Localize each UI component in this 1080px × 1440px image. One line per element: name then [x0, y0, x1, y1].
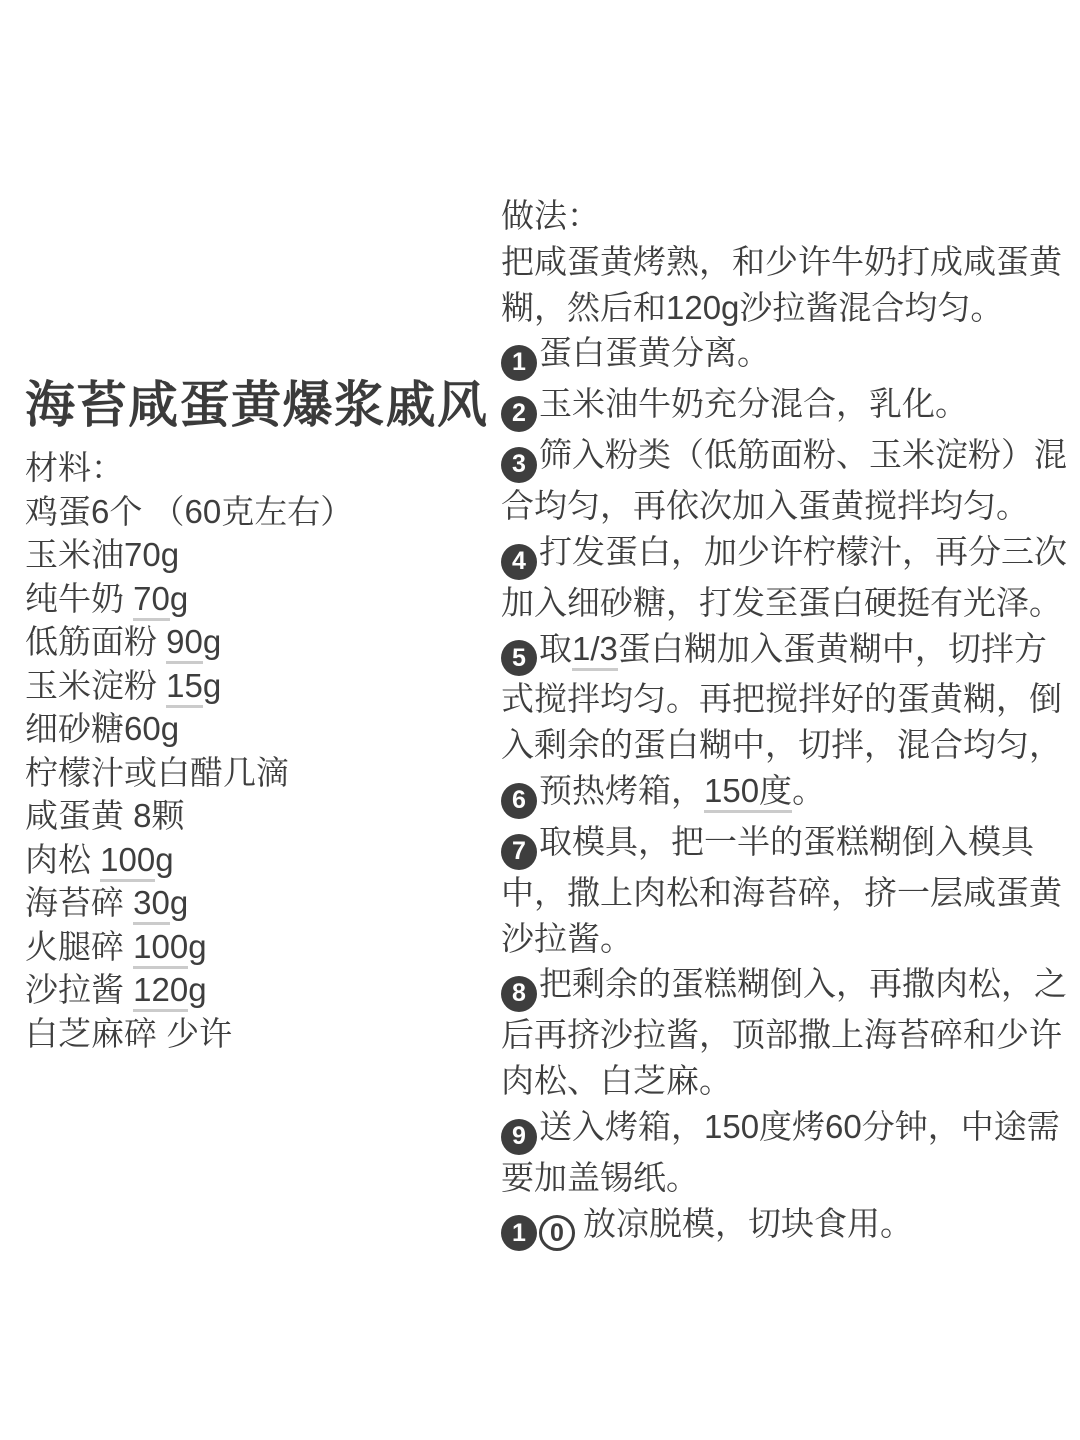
step-number-filled-icon: 7: [501, 834, 537, 870]
text-segment: g: [203, 623, 221, 660]
text-segment: 100: [133, 928, 188, 969]
step-number-filled-icon: 4: [501, 544, 537, 580]
text-line: 糊，然后和120g沙拉酱混合均匀。: [501, 285, 1079, 331]
step-number-filled-icon: 8: [501, 976, 537, 1012]
text-line: 合均匀，再依次加入蛋黄搅拌均匀。: [501, 483, 1079, 529]
text-segment: 1/3: [572, 630, 618, 671]
text-segment: g: [170, 580, 188, 617]
step-number-filled-icon: 3: [501, 447, 537, 483]
recipe-note-page: 海苔咸蛋黄爆浆戚风 材料： 鸡蛋6个 （60克左右）玉米油70g纯牛奶 70g低…: [0, 0, 1080, 1440]
text-line: 后再挤沙拉酱，顶部撒上海苔碎和少许: [501, 1012, 1079, 1058]
text-segment: 筛入粉类（低筋面粉、玉米淀粉）混: [539, 436, 1067, 473]
text-segment: 纯牛奶: [25, 580, 133, 617]
text-line: 9送入烤箱，150度烤60分钟，中途需: [501, 1104, 1079, 1155]
text-line: 沙拉酱 120g: [25, 968, 500, 1012]
step-number-filled-icon: 1: [501, 1215, 537, 1251]
text-segment: 90: [166, 623, 203, 664]
text-segment: 肉松、白芝麻。: [501, 1062, 732, 1099]
text-segment: 加入细砂糖，打发至蛋白硬挺有光泽。: [501, 584, 1062, 621]
text-segment: 30: [133, 884, 170, 925]
text-segment: 咸蛋黄 8颗: [25, 797, 185, 834]
text-segment: 放凉脱模，切块食用。: [583, 1205, 913, 1242]
text-segment: 柠檬汁或白醋几滴: [25, 754, 289, 791]
text-line: 咸蛋黄 8颗: [25, 794, 500, 838]
text-line: 肉松、白芝麻。: [501, 1058, 1079, 1104]
text-line: 玉米淀粉 15g: [25, 664, 500, 708]
ingredients-column: 海苔咸蛋黄爆浆戚风 材料： 鸡蛋6个 （60克左右）玉米油70g纯牛奶 70g低…: [25, 368, 500, 1055]
text-line: 加入细砂糖，打发至蛋白硬挺有光泽。: [501, 580, 1079, 626]
text-segment: 海苔碎: [25, 884, 133, 921]
text-segment: 把咸蛋黄烤熟，和少许牛奶打成咸蛋黄: [501, 243, 1062, 280]
ingredients-list: 鸡蛋6个 （60克左右）玉米油70g纯牛奶 70g低筋面粉 90g玉米淀粉 15…: [25, 490, 500, 1056]
text-line: 式搅拌均匀。再把搅拌好的蛋黄糊，倒: [501, 676, 1079, 722]
text-line: 6预热烤箱，150度。: [501, 768, 1079, 819]
text-line: 把咸蛋黄烤熟，和少许牛奶打成咸蛋黄: [501, 239, 1079, 285]
text-segment: 糊，然后和120g沙拉酱混合均匀。: [501, 289, 1003, 326]
text-segment: g: [155, 841, 173, 878]
step-number-outline-icon: 0: [539, 1215, 575, 1251]
text-segment: 取: [539, 630, 572, 667]
ingredients-block: 材料： 鸡蛋6个 （60克左右）玉米油70g纯牛奶 70g低筋面粉 90g玉米淀…: [25, 446, 500, 1055]
text-segment: 沙拉酱: [25, 971, 133, 1008]
text-line: 中，撒上肉松和海苔碎，挤一层咸蛋黄: [501, 870, 1079, 916]
ingredients-header: 材料：: [25, 446, 500, 490]
step-number-filled-icon: 9: [501, 1119, 537, 1155]
text-line: 沙拉酱。: [501, 916, 1079, 962]
text-segment: 取模具，把一半的蛋糕糊倒入模具: [539, 823, 1034, 860]
text-segment: 把剩余的蛋糕糊倒入，再撒肉松，之: [539, 965, 1067, 1002]
step-number-filled-icon: 6: [501, 783, 537, 819]
text-line: 柠檬汁或白醋几滴: [25, 751, 500, 795]
text-segment: 沙拉酱。: [501, 920, 633, 957]
text-segment: 后再挤沙拉酱，顶部撒上海苔碎和少许: [501, 1016, 1062, 1053]
text-segment: 预热烤箱，: [539, 772, 704, 809]
text-line: 白芝麻碎 少许: [25, 1012, 500, 1056]
step-number-filled-icon: 5: [501, 640, 537, 676]
text-segment: 15: [166, 667, 203, 708]
text-line: 火腿碎 100g: [25, 925, 500, 969]
text-segment: g: [188, 971, 206, 1008]
text-segment: 入剩余的蛋白糊中，切拌，混合均匀，: [501, 726, 1062, 763]
text-segment: 白芝麻碎 少许: [25, 1015, 232, 1052]
text-segment: 玉米淀粉: [25, 667, 166, 704]
text-segment: 送入烤箱，150度烤60分钟，中途需: [539, 1108, 1060, 1145]
text-segment: g: [203, 667, 221, 704]
text-segment: 蛋白蛋黄分离。: [539, 334, 770, 371]
text-line: 鸡蛋6个 （60克左右）: [25, 490, 500, 534]
text-segment: 鸡蛋6个 （60克左右）: [25, 493, 353, 530]
text-segment: 。: [792, 772, 825, 809]
text-segment: 玉米油70g: [25, 536, 179, 573]
text-line: 入剩余的蛋白糊中，切拌，混合均匀，: [501, 722, 1079, 768]
steps-header: 做法：: [501, 193, 1079, 239]
text-line: 海苔碎 30g: [25, 881, 500, 925]
text-segment: 70: [133, 580, 170, 621]
text-line: 要加盖锡纸。: [501, 1155, 1079, 1201]
text-segment: 100: [100, 841, 155, 882]
text-line: 5取1/3蛋白糊加入蛋黄糊中，切拌方: [501, 626, 1079, 677]
step-number-filled-icon: 2: [501, 396, 537, 432]
steps-column: 做法： 把咸蛋黄烤熟，和少许牛奶打成咸蛋黄糊，然后和120g沙拉酱混合均匀。1蛋…: [501, 193, 1079, 1251]
text-line: 2玉米油牛奶充分混合，乳化。: [501, 381, 1079, 432]
text-line: 3筛入粉类（低筋面粉、玉米淀粉）混: [501, 432, 1079, 483]
text-line: 细砂糖60g: [25, 707, 500, 751]
text-line: 7取模具，把一半的蛋糕糊倒入模具: [501, 819, 1079, 870]
text-segment: 低筋面粉: [25, 623, 166, 660]
text-segment: g: [188, 928, 206, 965]
text-segment: 式搅拌均匀。再把搅拌好的蛋黄糊，倒: [501, 680, 1062, 717]
text-line: 1蛋白蛋黄分离。: [501, 330, 1079, 381]
text-segment: 火腿碎: [25, 928, 133, 965]
steps-list: 把咸蛋黄烤熟，和少许牛奶打成咸蛋黄糊，然后和120g沙拉酱混合均匀。1蛋白蛋黄分…: [501, 239, 1079, 1252]
text-line: 10放凉脱模，切块食用。: [501, 1201, 1079, 1252]
text-segment: 120: [133, 971, 188, 1012]
text-line: 8把剩余的蛋糕糊倒入，再撒肉松，之: [501, 961, 1079, 1012]
text-segment: 细砂糖60g: [25, 710, 179, 747]
text-segment: g: [170, 884, 188, 921]
text-segment: 要加盖锡纸。: [501, 1159, 699, 1196]
step-number-filled-icon: 1: [501, 345, 537, 381]
text-segment: 中，撒上肉松和海苔碎，挤一层咸蛋黄: [501, 874, 1062, 911]
text-line: 纯牛奶 70g: [25, 577, 500, 621]
text-segment: 打发蛋白，加少许柠檬汁，再分三次: [539, 533, 1067, 570]
text-segment: 合均匀，再依次加入蛋黄搅拌均匀。: [501, 487, 1029, 524]
text-segment: 蛋白糊加入蛋黄糊中，切拌方: [618, 630, 1047, 667]
text-line: 4打发蛋白，加少许柠檬汁，再分三次: [501, 529, 1079, 580]
text-line: 低筋面粉 90g: [25, 620, 500, 664]
text-segment: 150度: [704, 772, 792, 813]
text-line: 玉米油70g: [25, 533, 500, 577]
text-segment: 肉松: [25, 841, 100, 878]
recipe-title: 海苔咸蛋黄爆浆戚风: [25, 368, 500, 442]
text-line: 肉松 100g: [25, 838, 500, 882]
text-segment: 玉米油牛奶充分混合，乳化。: [539, 385, 968, 422]
